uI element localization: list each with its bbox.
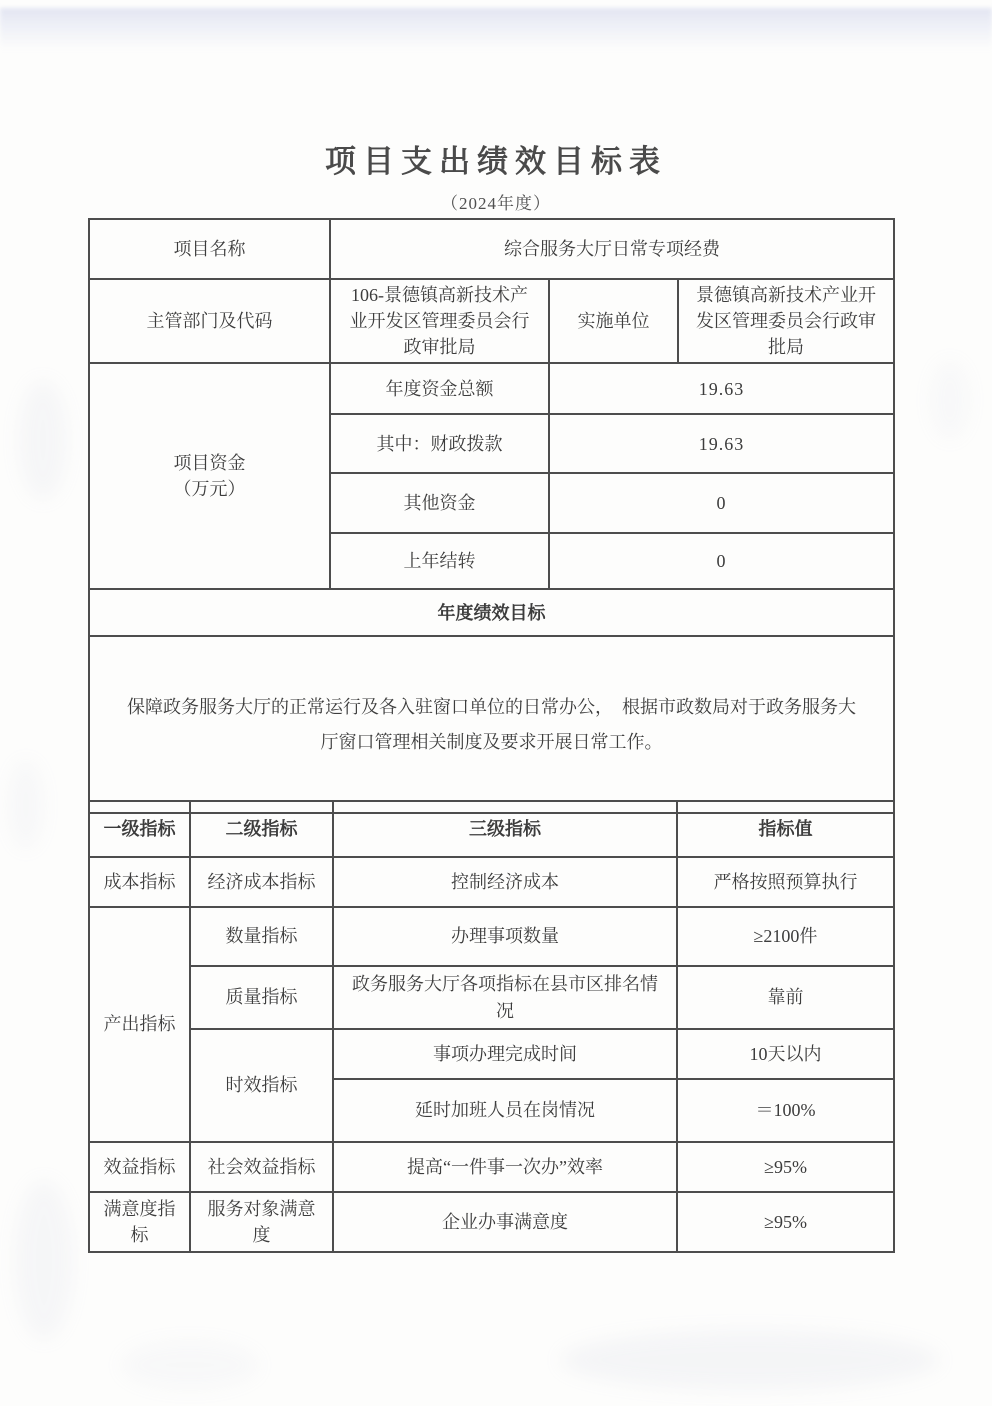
indicator-level2: 质量指标 xyxy=(190,966,333,1029)
col-header-level2: 二级指标 xyxy=(190,801,333,857)
scan-artifact xyxy=(14,1180,74,1340)
indicator-level2: 社会效益指标 xyxy=(190,1142,333,1192)
funds-item-value: 19.63 xyxy=(549,363,894,414)
indicator-value: ≥95% xyxy=(677,1142,894,1192)
indicator-level1: 成本指标 xyxy=(89,857,190,907)
indicator-level2: 数量指标 xyxy=(190,907,333,966)
project-name-label: 项目名称 xyxy=(89,219,330,279)
table-row: 时效指标 事项办理完成时间 10天以内 xyxy=(89,1029,894,1079)
col-header-value: 指标值 xyxy=(677,801,894,857)
scan-artifact xyxy=(560,1330,940,1390)
indicator-value: ＝100% xyxy=(677,1079,894,1142)
indicator-level2: 时效指标 xyxy=(190,1029,333,1142)
scan-artifact xyxy=(930,360,970,440)
table-row: 项目资金 （万元） 年度资金总额 19.63 xyxy=(89,363,894,414)
impl-unit-label: 实施单位 xyxy=(549,279,678,363)
indicator-level1: 效益指标 xyxy=(89,1142,190,1192)
scan-artifact xyxy=(120,1340,260,1390)
indicator-value: 严格按照预算执行 xyxy=(677,857,894,907)
table-row: 项目名称 综合服务大厅日常专项经费 xyxy=(89,219,894,279)
scan-artifact xyxy=(18,380,68,500)
col-header-level3: 三级指标 xyxy=(333,801,677,857)
indicator-level3: 政务服务大厅各项指标在县市区排名情况 xyxy=(333,966,677,1029)
project-funds-label-line2: （万元） xyxy=(174,479,246,499)
indicator-level3: 事项办理完成时间 xyxy=(333,1029,677,1079)
dept-value: 106-景德镇高新技术产业开发区管理委员会行政审批局 xyxy=(330,279,549,363)
annual-goal-text: 保障政务服务大厅的正常运行及各入驻窗口单位的日常办公， 根据市政数局对于政务服务… xyxy=(89,636,894,813)
indicator-value: 靠前 xyxy=(677,966,894,1029)
table-row: 保障政务服务大厅的正常运行及各入驻窗口单位的日常办公， 根据市政数局对于政务服务… xyxy=(89,636,894,813)
indicator-level2: 经济成本指标 xyxy=(190,857,333,907)
indicator-value: 10天以内 xyxy=(677,1029,894,1079)
funds-item-label: 上年结转 xyxy=(330,533,549,589)
table-header-row: 一级指标 二级指标 三级指标 指标值 xyxy=(89,801,894,857)
indicator-level3: 控制经济成本 xyxy=(333,857,677,907)
table-row: 产出指标 数量指标 办理事项数量 ≥2100件 xyxy=(89,907,894,966)
table-row: 年度绩效目标 xyxy=(89,589,894,636)
funds-item-value: 0 xyxy=(549,473,894,533)
indicator-table: 一级指标 二级指标 三级指标 指标值 成本指标 经济成本指标 控制经济成本 严格… xyxy=(88,800,895,1253)
indicator-level1: 满意度指标 xyxy=(89,1192,190,1252)
col-header-level1: 一级指标 xyxy=(89,801,190,857)
indicator-level3: 延时加班人员在岗情况 xyxy=(333,1079,677,1142)
indicator-value: ≥95% xyxy=(677,1192,894,1252)
table-row: 效益指标 社会效益指标 提高“一件事一次办”效率 ≥95% xyxy=(89,1142,894,1192)
funds-item-value: 19.63 xyxy=(549,414,894,473)
impl-unit-value: 景德镇高新技术产业开发区管理委员会行政审批局 xyxy=(678,279,894,363)
document-title: 项目支出绩效目标表 xyxy=(0,136,992,181)
project-name-value: 综合服务大厅日常专项经费 xyxy=(330,219,894,279)
document-subtitle: （2024年度） xyxy=(0,189,992,214)
project-info-table: 项目名称 综合服务大厅日常专项经费 主管部门及代码 106-景德镇高新技术产业开… xyxy=(88,218,895,814)
funds-item-value: 0 xyxy=(549,533,894,589)
indicator-level2: 服务对象满意度 xyxy=(190,1192,333,1252)
scan-artifact xyxy=(8,760,44,850)
scanned-document-page: 项目支出绩效目标表 （2024年度） 项目名称 综合服务大厅日常专项经费 主管部… xyxy=(0,0,992,1406)
funds-item-label: 年度资金总额 xyxy=(330,363,549,414)
dept-label: 主管部门及代码 xyxy=(89,279,330,363)
annual-goal-header: 年度绩效目标 xyxy=(89,589,894,636)
indicator-level3: 提高“一件事一次办”效率 xyxy=(333,1142,677,1192)
indicator-value: ≥2100件 xyxy=(677,907,894,966)
indicator-level1: 产出指标 xyxy=(89,907,190,1142)
project-funds-label-line1: 项目资金 xyxy=(174,453,246,473)
scan-artifact xyxy=(0,8,992,50)
funds-item-label: 其中：财政拨款 xyxy=(330,414,549,473)
table-row: 主管部门及代码 106-景德镇高新技术产业开发区管理委员会行政审批局 实施单位 … xyxy=(89,279,894,363)
table-row: 成本指标 经济成本指标 控制经济成本 严格按照预算执行 xyxy=(89,857,894,907)
table-row: 质量指标 政务服务大厅各项指标在县市区排名情况 靠前 xyxy=(89,966,894,1029)
indicator-level3: 企业办事满意度 xyxy=(333,1192,677,1252)
funds-item-label: 其他资金 xyxy=(330,473,549,533)
table-row: 满意度指标 服务对象满意度 企业办事满意度 ≥95% xyxy=(89,1192,894,1252)
project-funds-label: 项目资金 （万元） xyxy=(89,363,330,589)
indicator-level3: 办理事项数量 xyxy=(333,907,677,966)
